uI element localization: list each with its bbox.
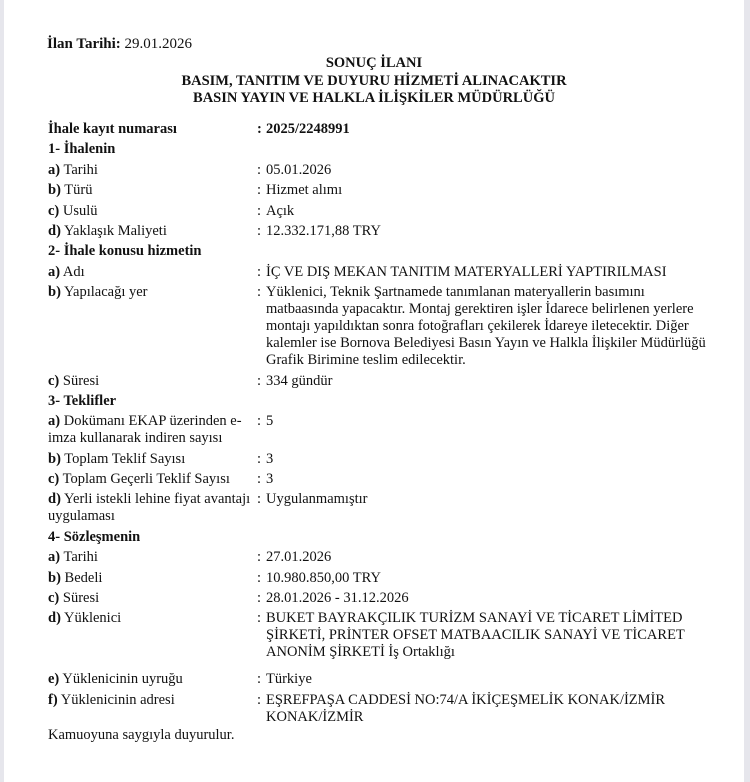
section-bids-title: 3- Teklifler	[48, 393, 728, 410]
contract-amount-row: b) Bedeli :10.980.850,00 TRY	[48, 570, 728, 587]
contractor-nationality-row: e) Yüklenicinin uyruğu :Türkiye	[48, 671, 728, 688]
registry-number-label: İhale kayıt numarası	[48, 121, 257, 138]
domestic-advantage-value: Uygulanmamıştır	[266, 491, 728, 525]
contractor-address-row: f) Yüklenicinin adresi :EŞREFPAŞA CADDES…	[48, 692, 728, 726]
total-bids-value: 3	[266, 451, 728, 468]
service-duration-row: c) Süresi :334 gündür	[48, 373, 728, 390]
estimated-cost-row: d) Yaklaşık Maliyeti :12.332.171,88 TRY	[48, 223, 728, 240]
contractor-address-value: EŞREFPAŞA CADDESİ NO:74/A İKİÇEŞMELİK KO…	[266, 692, 728, 726]
contract-date-value: 27.01.2026	[266, 549, 728, 566]
announcement-document: İlan Tarihi: 29.01.2026 SONUÇ İLANI BASI…	[4, 0, 744, 782]
estimated-cost-value: 12.332.171,88 TRY	[266, 223, 728, 240]
registry-number-value: 2025/2248991	[266, 121, 728, 138]
announcement-date: İlan Tarihi: 29.01.2026	[47, 36, 192, 53]
total-bids-row: b) Toplam Teklif Sayısı :3	[48, 451, 728, 468]
section-contract-title: 4- Sözleşmenin	[48, 529, 728, 546]
tender-date-value: 05.01.2026	[266, 162, 728, 179]
title-line-2: BASIM, TANITIM VE DUYURU HİZMETİ ALINACA…	[4, 73, 744, 91]
closing-statement: Kamuoyuna saygıyla duyurulur.	[48, 727, 234, 744]
service-location-row: b) Yapılacağı yer :Yüklenici, Teknik Şar…	[48, 284, 728, 369]
valid-bids-row: c) Toplam Geçerli Teklif Sayısı :3	[48, 471, 728, 488]
contract-duration-value: 28.01.2026 - 31.12.2026	[266, 590, 728, 607]
contract-amount-value: 10.980.850,00 TRY	[266, 570, 728, 587]
section-tender-title: 1- İhalenin	[48, 141, 728, 158]
contractor-value: BUKET BAYRAKÇILIK TURİZM SANAYİ VE TİCAR…	[266, 610, 728, 661]
title-line-3: BASIN YAYIN VE HALKLA İLİŞKİLER MÜDÜRLÜĞ…	[4, 90, 744, 108]
contractor-nationality-value: Türkiye	[266, 671, 728, 688]
title-line-1: SONUÇ İLANI	[4, 55, 744, 73]
tender-date-row: a) Tarihi :05.01.2026	[48, 162, 728, 179]
domestic-advantage-row: d) Yerli istekli lehine fiyat avantajı u…	[48, 491, 728, 525]
tender-details: İhale kayıt numarası :2025/2248991 1- İh…	[48, 121, 728, 729]
ekap-downloads-row: a) Dokümanı EKAP üzerinden e-imza kullan…	[48, 413, 728, 447]
registry-number-row: İhale kayıt numarası :2025/2248991	[48, 121, 728, 138]
announcement-date-label: İlan Tarihi:	[47, 36, 121, 52]
valid-bids-value: 3	[266, 471, 728, 488]
contractor-row: d) Yüklenici :BUKET BAYRAKÇILIK TURİZM S…	[48, 610, 728, 661]
tender-procedure-row: c) Usulü :Açık	[48, 203, 728, 220]
service-name-row: a) Adı :İÇ VE DIŞ MEKAN TANITIM MATERYAL…	[48, 264, 728, 281]
service-duration-value: 334 gündür	[266, 373, 728, 390]
announcement-date-value: 29.01.2026	[125, 36, 193, 52]
document-title: SONUÇ İLANI BASIM, TANITIM VE DUYURU HİZ…	[4, 55, 744, 108]
service-name-value: İÇ VE DIŞ MEKAN TANITIM MATERYALLERİ YAP…	[266, 264, 728, 281]
service-location-value: Yüklenici, Teknik Şartnamede tanımlanan …	[266, 284, 728, 369]
contract-date-row: a) Tarihi :27.01.2026	[48, 549, 728, 566]
ekap-downloads-value: 5	[266, 413, 728, 447]
tender-type-value: Hizmet alımı	[266, 182, 728, 199]
tender-procedure-value: Açık	[266, 203, 728, 220]
section-service-title: 2- İhale konusu hizmetin	[48, 243, 728, 260]
tender-type-row: b) Türü :Hizmet alımı	[48, 182, 728, 199]
contract-duration-row: c) Süresi :28.01.2026 - 31.12.2026	[48, 590, 728, 607]
